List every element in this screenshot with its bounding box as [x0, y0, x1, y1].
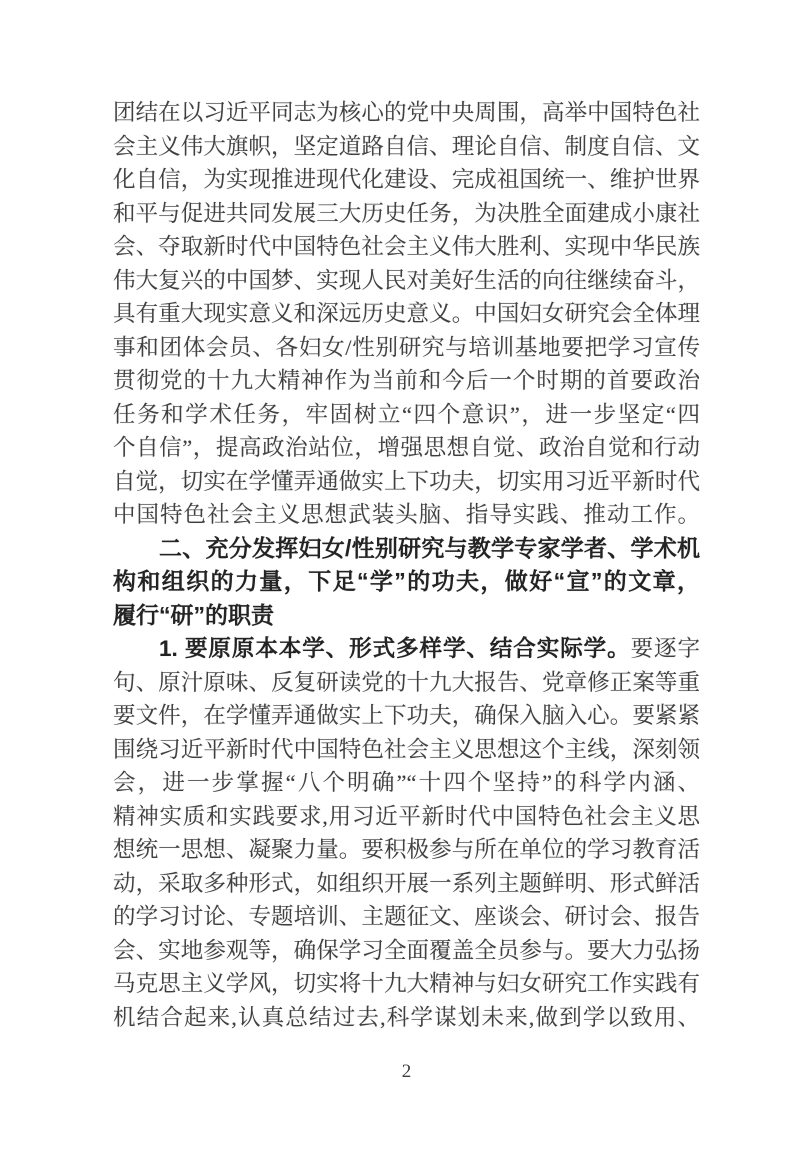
text-line: 履行“研”的职责: [113, 599, 700, 633]
body-text: 会、实地参观等，确保学习全面覆盖全员参与。要大力弘扬: [113, 938, 700, 963]
body-text: 任务和学术任务，牢固树立“四个意识”，进一步坚定“四: [113, 402, 700, 427]
body-text: 团结在以习近平同志为核心的党中央周围，高举中国特色社: [113, 100, 700, 125]
text-line: 精神实质和实践要求,用习近平新时代中国特色社会主义思: [113, 800, 700, 834]
body-text: 个自信”，提高政治站位，增强思想自觉、政治自觉和行动: [113, 435, 700, 460]
text-line: 和平与促进共同发展三大历史任务，为决胜全面建成小康社: [113, 197, 700, 231]
paragraph-item-1: 1. 要原原本本学、形式多样学、结合实际学。要逐字逐句、原汁原味、反复研读党的十…: [113, 632, 700, 1034]
section-heading-2: 二、充分发挥妇女/性别研究与教学专家学者、学术机构和组织的力量，下足“学”的功夫…: [113, 532, 700, 633]
text-line: 想统一思想、凝聚力量。要积极参与所在单位的学习教育活: [113, 833, 700, 867]
body-text: 精神实质和实践要求,用习近平新时代中国特色社会主义思: [113, 804, 700, 829]
body-text: 句、原汁原味、反复研读党的十九大报告、党章修正案等重: [113, 670, 700, 695]
text-line: 1. 要原原本本学、形式多样学、结合实际学。要逐字逐: [113, 632, 700, 666]
text-line: 事和团体会员、各妇女/性别研究与培训基地要把学习宣传: [113, 331, 700, 365]
text-line: 会主义伟大旗帜，坚定道路自信、理论自信、制度自信、文: [113, 130, 700, 164]
text-line: 化自信，为实现推进现代化建设、完成祖国统一、维护世界: [113, 163, 700, 197]
text-line: 伟大复兴的中国梦、实现人民对美好生活的向往继续奋斗，: [113, 264, 700, 298]
body-text: 动，采取多种形式，如组织开展一系列主题鲜明、形式鲜活: [113, 871, 700, 896]
text-line: 机结合起来,认真总结过去,科学谋划未来,做到学以致用、: [113, 1001, 700, 1035]
text-line: 自觉，切实在学懂弄通做实上下功夫，切实用习近平新时代: [113, 465, 700, 499]
body-text: 围绕习近平新时代中国特色社会主义思想这个主线，深刻领: [113, 737, 700, 762]
text-line: 个自信”，提高政治站位，增强思想自觉、政治自觉和行动: [113, 431, 700, 465]
text-line: 贯彻党的十九大精神作为当前和今后一个时期的首要政治: [113, 364, 700, 398]
text-line: 具有重大现实意义和深远历史意义。中国妇女研究会全体理: [113, 297, 700, 331]
text-line: 要文件，在学懂弄通做实上下功夫，确保入脑入心。要紧紧: [113, 699, 700, 733]
page-number: 2: [113, 1058, 700, 1086]
body-text: 和平与促进共同发展三大历史任务，为决胜全面建成小康社: [113, 201, 700, 226]
text-line: 动，采取多种形式，如组织开展一系列主题鲜明、形式鲜活: [113, 867, 700, 901]
text-line: 马克思主义学风，切实将十九大精神与妇女研究工作实践有: [113, 967, 700, 1001]
text-line: 二、充分发挥妇女/性别研究与教学专家学者、学术机: [113, 532, 700, 566]
text-line: 团结在以习近平同志为核心的党中央周围，高举中国特色社: [113, 96, 700, 130]
text-line: 句、原汁原味、反复研读党的十九大报告、党章修正案等重: [113, 666, 700, 700]
text-block: 团结在以习近平同志为核心的党中央周围，高举中国特色社会主义伟大旗帜，坚定道路自信…: [113, 96, 700, 1034]
body-text: 具有重大现实意义和深远历史意义。中国妇女研究会全体理: [113, 301, 700, 326]
body-text: 会主义伟大旗帜，坚定道路自信、理论自信、制度自信、文: [113, 134, 700, 159]
text-line: 会、实地参观等，确保学习全面覆盖全员参与。要大力弘扬: [113, 934, 700, 968]
body-text: 中国特色社会主义思想武装头脑、指导实践、推动工作。: [113, 502, 700, 527]
body-text: 想统一思想、凝聚力量。要积极参与所在单位的学习教育活: [113, 837, 700, 862]
document-page: 团结在以习近平同志为核心的党中央周围，高举中国特色社会主义伟大旗帜，坚定道路自信…: [0, 0, 811, 1163]
bold-text: 履行“研”的职责: [113, 602, 274, 628]
text-line: 会、夺取新时代中国特色社会主义伟大胜利、实现中华民族: [113, 230, 700, 264]
body-text: 自觉，切实在学懂弄通做实上下功夫，切实用习近平新时代: [113, 469, 700, 494]
bold-text: 构和组织的力量，下足“学”的功夫，做好“宣”的文章，: [113, 568, 700, 594]
body-text: 的学习讨论、专题培训、主题征文、座谈会、研讨会、报告: [113, 904, 700, 929]
body-text: 化自信，为实现推进现代化建设、完成祖国统一、维护世界: [113, 167, 700, 192]
body-text: 事和团体会员、各妇女/性别研究与培训基地要把学习宣传: [113, 335, 700, 360]
body-text: 要文件，在学懂弄通做实上下功夫，确保入脑入心。要紧紧: [113, 703, 700, 728]
paragraph-continued: 团结在以习近平同志为核心的党中央周围，高举中国特色社会主义伟大旗帜，坚定道路自信…: [113, 96, 700, 532]
text-line: 围绕习近平新时代中国特色社会主义思想这个主线，深刻领: [113, 733, 700, 767]
body-text: 会，进一步掌握“八个明确”“十四个坚持”的科学内涵、: [113, 770, 700, 795]
text-line: 中国特色社会主义思想武装头脑、指导实践、推动工作。: [113, 498, 700, 532]
text-line: 构和组织的力量，下足“学”的功夫，做好“宣”的文章，: [113, 565, 700, 599]
body-text: 会、夺取新时代中国特色社会主义伟大胜利、实现中华民族: [113, 234, 700, 259]
bold-text: 1. 要原原本本学、形式多样学、结合实际学。: [159, 636, 631, 661]
body-text: 伟大复兴的中国梦、实现人民对美好生活的向往继续奋斗，: [113, 268, 700, 293]
text-line: 会，进一步掌握“八个明确”“十四个坚持”的科学内涵、: [113, 766, 700, 800]
text-line: 的学习讨论、专题培训、主题征文、座谈会、研讨会、报告: [113, 900, 700, 934]
bold-text: 二、充分发挥妇女/性别研究与教学专家学者、学术机: [159, 535, 700, 561]
text-line: 任务和学术任务，牢固树立“四个意识”，进一步坚定“四: [113, 398, 700, 432]
body-text: 马克思主义学风，切实将十九大精神与妇女研究工作实践有: [113, 971, 700, 996]
body-text: 贯彻党的十九大精神作为当前和今后一个时期的首要政治: [113, 368, 700, 393]
body-text: 机结合起来,认真总结过去,科学谋划未来,做到学以致用、: [113, 1005, 700, 1030]
